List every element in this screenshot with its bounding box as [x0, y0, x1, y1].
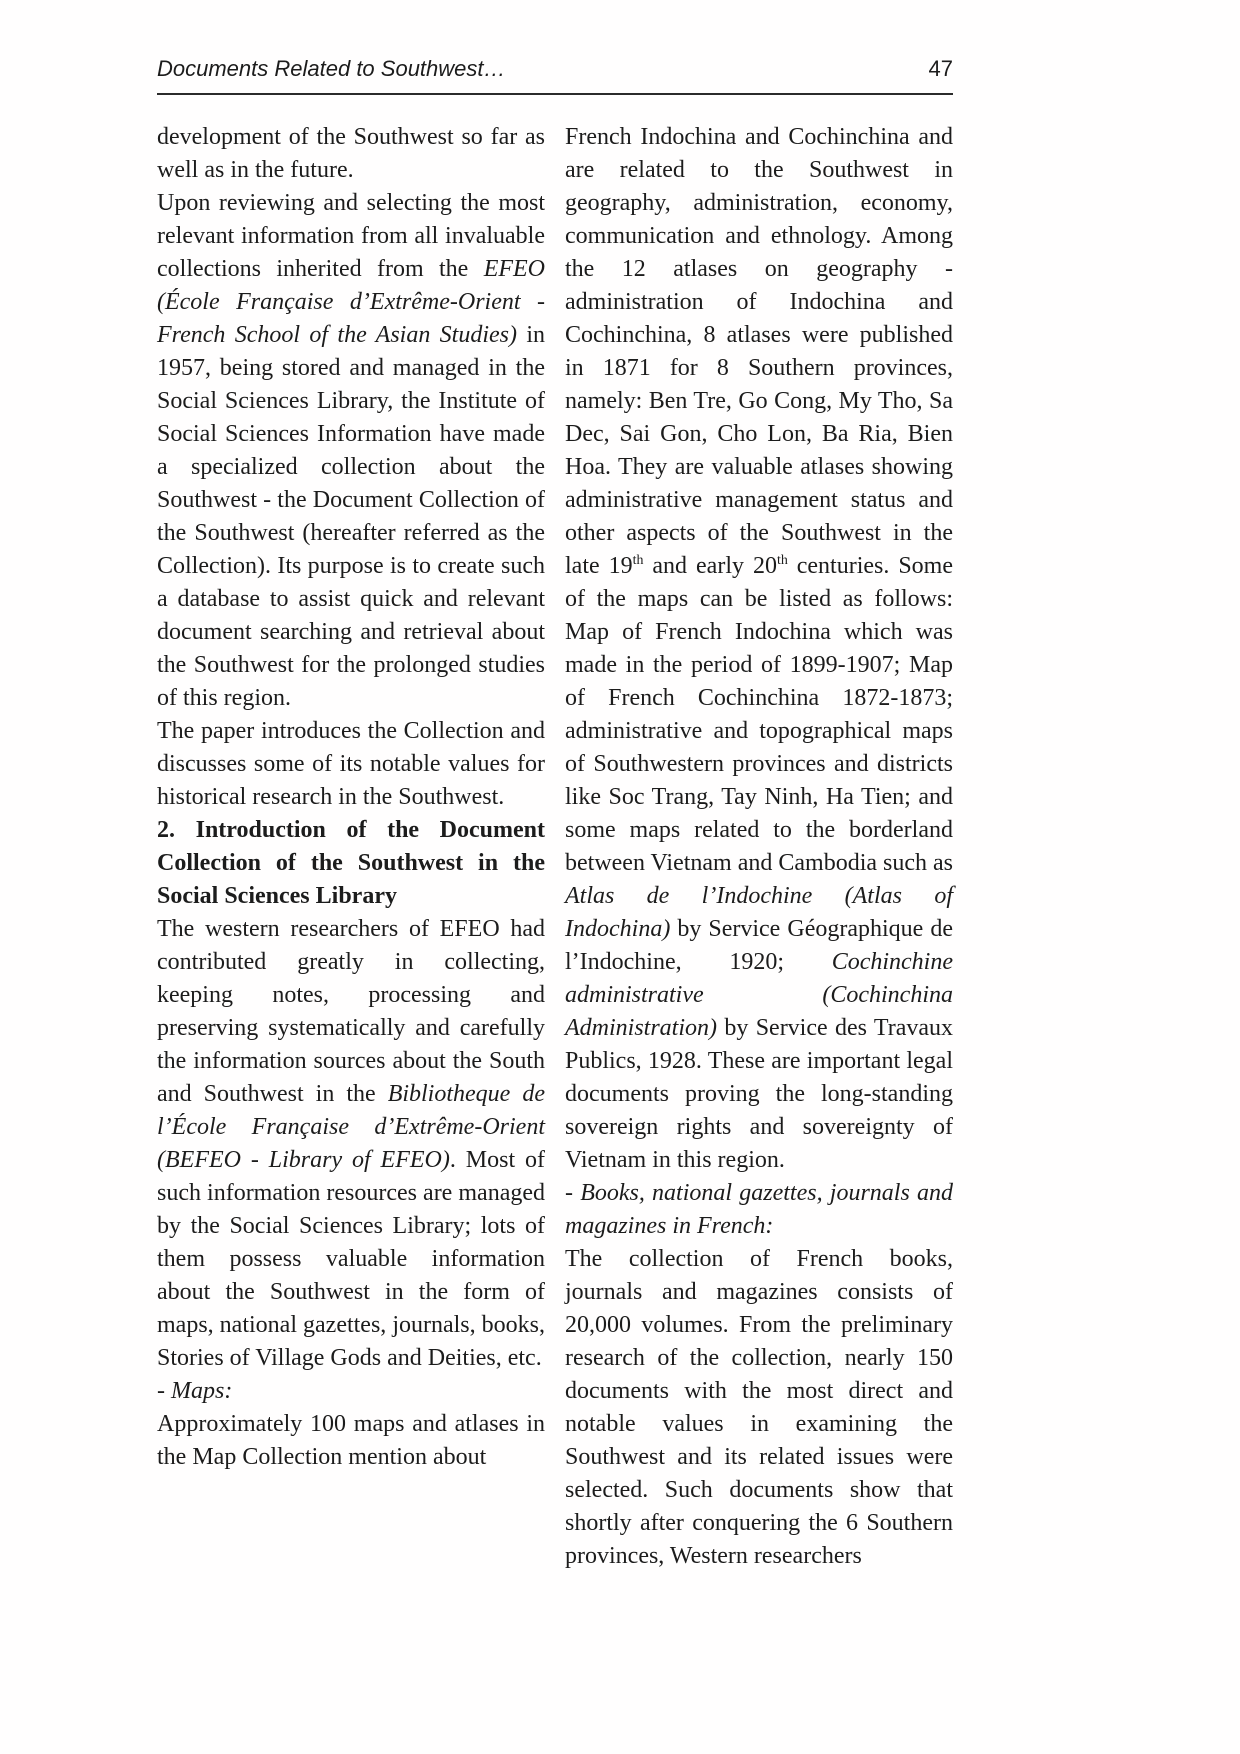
text-run: - — [565, 1180, 580, 1206]
text-run: . Most of such information resources are… — [157, 1147, 545, 1371]
text-run: The collection of French books, journals… — [565, 1246, 953, 1569]
text-run: th — [777, 553, 788, 568]
text-run: in 1957, being stored and managed in the… — [157, 322, 545, 711]
paragraph: Upon reviewing and selecting the most re… — [157, 187, 545, 715]
paragraph: French Indochina and Cochinchina and are… — [565, 121, 953, 1177]
running-head-title: Documents Related to Southwest… — [157, 56, 506, 82]
text-run: - — [157, 1378, 171, 1404]
paragraph: The collection of French books, journals… — [565, 1243, 953, 1573]
section-heading: 2. Introduction of the Document Collecti… — [157, 814, 545, 913]
page-number: 47 — [929, 56, 953, 82]
text-run: The western researchers of EFEO had cont… — [157, 916, 545, 1107]
text-run: development of the Southwest so far as w… — [157, 124, 545, 183]
text-run: 2. Introduction of the Document Collecti… — [157, 817, 545, 909]
text-run: Approximately 100 maps and atlases in th… — [157, 1411, 545, 1470]
text-run: th — [633, 553, 644, 568]
paragraph: - Maps: — [157, 1375, 545, 1408]
header-rule — [157, 93, 953, 95]
paragraph: The western researchers of EFEO had cont… — [157, 913, 545, 1375]
text-run: Maps: — [171, 1378, 232, 1404]
text-run: The paper introduces the Collection and … — [157, 718, 545, 810]
column-right: French Indochina and Cochinchina and are… — [565, 121, 953, 1573]
document-page: Documents Related to Southwest… 47 devel… — [0, 0, 1240, 1754]
paragraph: - Books, national gazettes, journals and… — [565, 1177, 953, 1243]
text-run: Books, national gazettes, journals and m… — [565, 1180, 953, 1239]
text-run: and early 20 — [643, 553, 777, 579]
paragraph: The paper introduces the Collection and … — [157, 715, 545, 814]
column-left: development of the Southwest so far as w… — [157, 121, 545, 1573]
text-columns: development of the Southwest so far as w… — [157, 121, 953, 1573]
text-run: French Indochina and Cochinchina and are… — [565, 124, 953, 579]
paragraph: Approximately 100 maps and atlases in th… — [157, 1408, 545, 1474]
paragraph: development of the Southwest so far as w… — [157, 121, 545, 187]
text-run: centuries. Some of the maps can be liste… — [565, 553, 953, 876]
running-header: Documents Related to Southwest… 47 — [157, 56, 953, 82]
